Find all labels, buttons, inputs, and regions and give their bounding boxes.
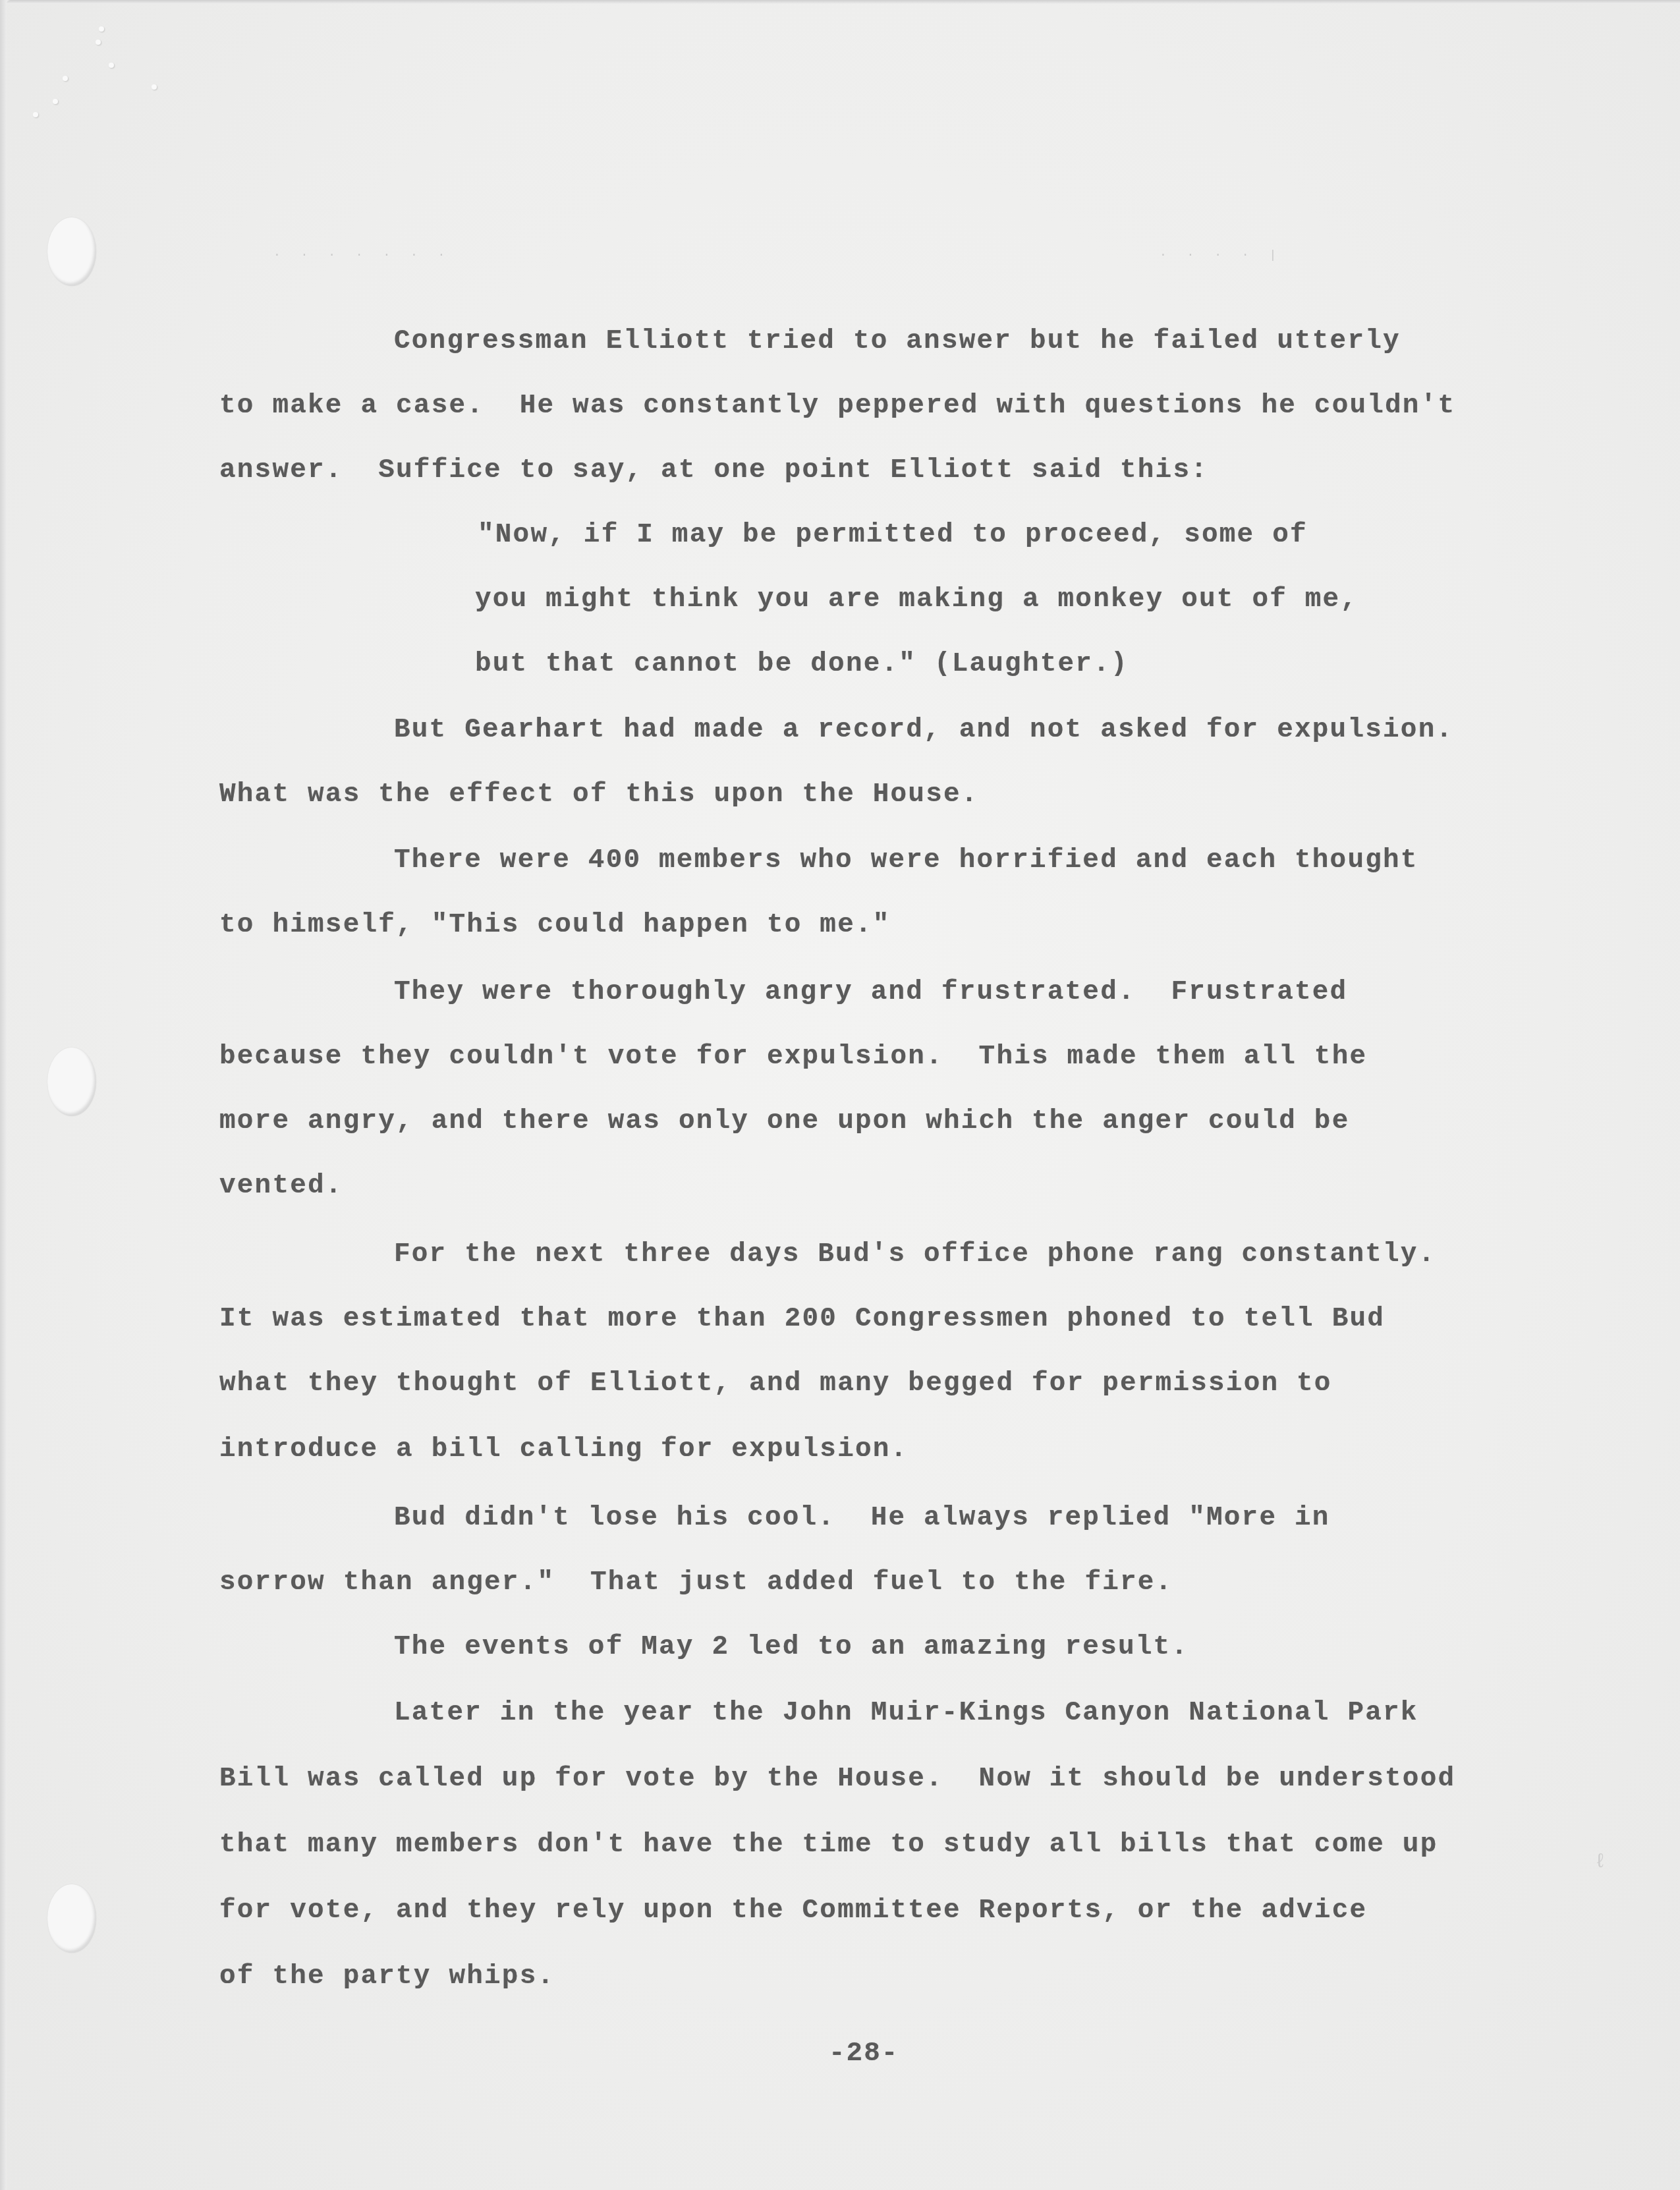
text-line: what they thought of Elliott, and many b… [219, 1370, 1332, 1397]
text-line: vented. [219, 1173, 343, 1200]
text-line: There were 400 members who were horrifie… [394, 847, 1418, 874]
text-line: of the party whips. [219, 1963, 555, 1990]
text-line: to make a case. He was constantly pepper… [219, 393, 1455, 420]
text-line: that many members don't have the time to… [219, 1832, 1438, 1859]
text-line: introduce a bill calling for expulsion. [219, 1436, 908, 1463]
quote-line: "Now, if I may be permitted to proceed, … [478, 522, 1308, 549]
quote-line: but that cannot be done." (Laughter.) [475, 651, 1129, 678]
page-left-edge [0, 0, 7, 2190]
text-line: Later in the year the John Muir-Kings Ca… [394, 1700, 1418, 1727]
paper-speck [33, 112, 38, 117]
faint-header-marks: · · · · | [1160, 249, 1283, 262]
quote-line: you might think you are making a monkey … [475, 586, 1358, 613]
text-line: more angry, and there was only one upon … [219, 1108, 1349, 1135]
paper-speck [63, 76, 68, 81]
paper-speck [53, 99, 58, 104]
text-line: Bud didn't lose his cool. He always repl… [394, 1505, 1330, 1532]
text-line: It was estimated that more than 200 Cong… [219, 1306, 1385, 1333]
binder-hole-icon [47, 217, 96, 286]
text-line: answer. Suffice to say, at one point Ell… [219, 457, 1208, 484]
text-line: The events of May 2 led to an amazing re… [394, 1634, 1189, 1661]
binder-hole-icon [47, 1884, 96, 1953]
paper-speck [96, 40, 101, 45]
text-line: sorrow than anger." That just added fuel… [219, 1569, 1173, 1596]
text-line: Bill was called up for vote by the House… [219, 1766, 1455, 1793]
text-line: For the next three days Bud's office pho… [394, 1241, 1436, 1268]
paper-speck [109, 63, 114, 68]
paper-speck [152, 84, 157, 90]
text-line: They were thoroughly angry and frustrate… [394, 979, 1347, 1006]
text-line: What was the effect of this upon the Hou… [219, 781, 979, 808]
text-line: because they couldn't vote for expulsion… [219, 1044, 1367, 1071]
page-top-edge [7, 0, 1680, 4]
faint-header-marks: · · · · · · · [273, 249, 451, 262]
text-line: But Gearhart had made a record, and not … [394, 717, 1453, 744]
binder-hole-icon [47, 1048, 96, 1116]
margin-mark: ℓ [1594, 1851, 1606, 1874]
paper-speck [99, 26, 104, 32]
page-number: -28- [829, 2038, 899, 2069]
document-page: · · · · · · · · · · · | Congressman Elli… [0, 0, 1680, 2190]
text-line: to himself, "This could happen to me." [219, 912, 891, 939]
text-line: Congressman Elliott tried to answer but … [394, 328, 1401, 355]
text-line: for vote, and they rely upon the Committ… [219, 1897, 1367, 1924]
